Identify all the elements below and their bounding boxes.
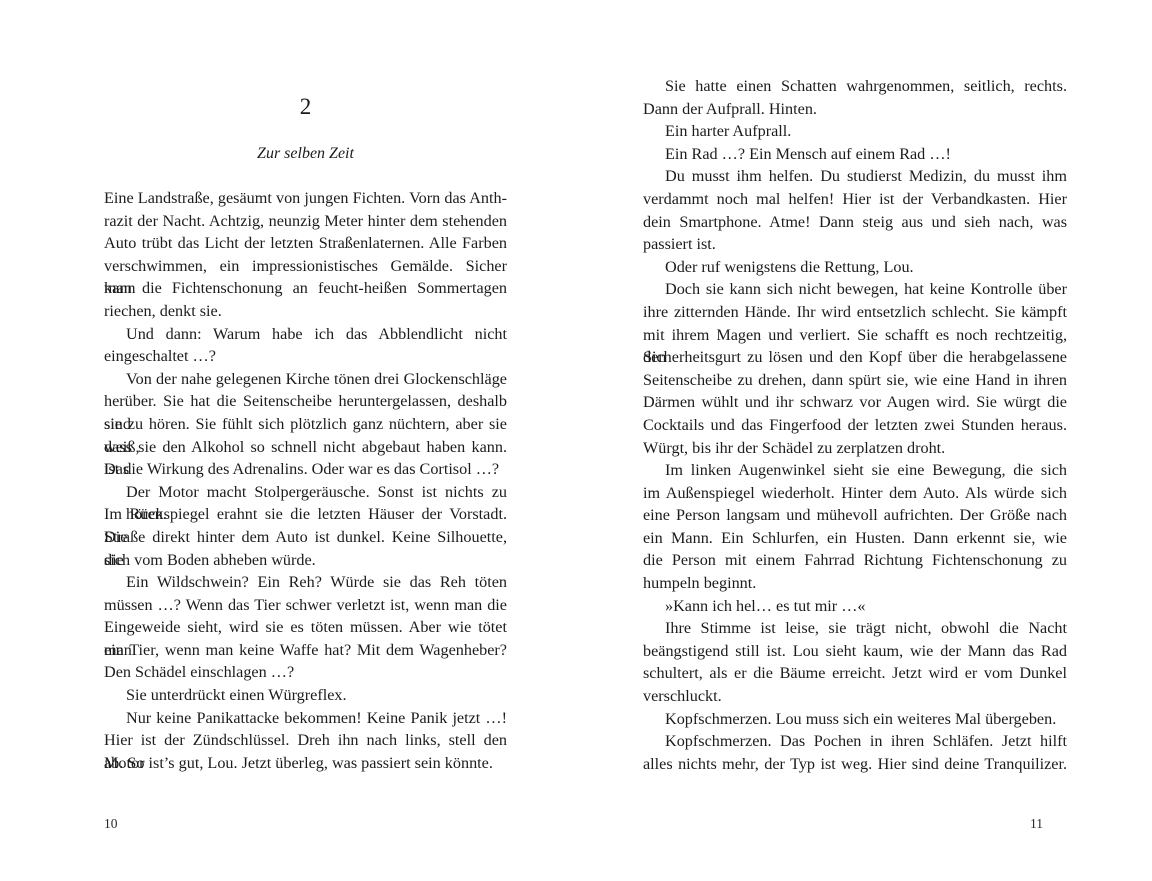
text-line: passiert ist. — [643, 233, 1067, 256]
text-line: beängstigend still ist. Lou sieht kaum, … — [643, 640, 1067, 663]
chapter-number: 2 — [104, 93, 507, 121]
text-line: Im linken Augenwinkel sieht sie eine Bew… — [643, 459, 1067, 482]
text-line: dein Smartphone. Atme! Dann steig aus un… — [643, 211, 1067, 234]
text-line: ab. So ist’s gut, Lou. Jetzt überleg, wa… — [104, 752, 507, 775]
text-line: Därmen wühlt und ihr schwarz vor Augen w… — [643, 391, 1067, 414]
text-line: Straße direkt hinter dem Auto ist dunkel… — [104, 526, 507, 549]
text-line: mit ihrem Magen und verliert. Sie schaff… — [643, 324, 1067, 347]
text-line: müssen …? Wenn das Tier schwer verletzt … — [104, 594, 507, 617]
text-line: man die Fichtenschonung an feucht-heißen… — [104, 277, 507, 300]
text-line: dass sie den Alkohol so schnell nicht ab… — [104, 436, 507, 459]
text-line: Im Rückspiegel erahnt sie die letzten Hä… — [104, 503, 507, 526]
text-line: Seitenscheibe zu drehen, dann spürt sie,… — [643, 369, 1067, 392]
text-line: Der Motor macht Stolpergeräusche. Sonst … — [104, 481, 507, 504]
left-page: 2 Zur selben Zeit Eine Landstraße, gesäu… — [0, 0, 576, 881]
text-line: Sie hatte einen Schatten wahrgenommen, s… — [643, 75, 1067, 98]
text-line: Auto trübt das Licht der letzten Straßen… — [104, 232, 507, 255]
text-line: »Kann ich hel… es tut mir …« — [643, 595, 1067, 618]
text-line: riechen, denkt sie. — [104, 300, 507, 323]
text-line: Dann der Aufprall. Hinten. — [643, 98, 1067, 121]
text-line: die Person mit einem Fahrrad Richtung Fi… — [643, 549, 1067, 572]
right-page-body-text: Sie hatte einen Schatten wahrgenommen, s… — [643, 75, 1067, 775]
text-line: Kopfschmerzen. Das Pochen in ihren Schlä… — [643, 730, 1067, 753]
text-line: schultert, als er die Bäume erreicht. Je… — [643, 662, 1067, 685]
text-line: herüber. Sie hat die Seitenscheibe herun… — [104, 390, 507, 413]
text-line: Cocktails und das Fingerfood der letzten… — [643, 414, 1067, 437]
text-line: eine Person langsam und mühevoll aufrich… — [643, 504, 1067, 527]
right-page: Sie hatte einen Schatten wahrgenommen, s… — [576, 0, 1152, 881]
text-line: sie zu hören. Sie fühlt sich plötzlich g… — [104, 413, 507, 436]
text-line: ein Mann. Ein Schlurfen, ein Husten. Dan… — [643, 527, 1067, 550]
text-line: Ein Rad …? Ein Mensch auf einem Rad …! — [643, 143, 1067, 166]
text-line: Ein Wildschwein? Ein Reh? Würde sie das … — [104, 571, 507, 594]
text-line: Kopfschmerzen. Lou muss sich ein weitere… — [643, 708, 1067, 731]
text-line: Nur keine Panikattacke bekommen! Keine P… — [104, 707, 507, 730]
text-line: Von der nahe gelegenen Kirche tönen drei… — [104, 368, 507, 391]
text-line: ist die Wirkung des Adrenalins. Oder war… — [104, 458, 507, 481]
page-number-left: 10 — [104, 815, 118, 833]
text-line: sich vom Boden abheben würde. — [104, 549, 507, 572]
text-line: ein Tier, wenn man keine Waffe hat? Mit … — [104, 639, 507, 662]
text-line: Würgt, bis ihr der Schädel zu zerplatzen… — [643, 437, 1067, 460]
text-line: verschwimmen, ein impressionistisches Ge… — [104, 255, 507, 278]
text-line: razit der Nacht. Achtzig, neunzig Meter … — [104, 210, 507, 233]
text-line: Du musst ihm helfen. Du studierst Medizi… — [643, 165, 1067, 188]
text-line: humpeln beginnt. — [643, 572, 1067, 595]
text-line: Ein harter Aufprall. — [643, 120, 1067, 143]
text-line: verdammt noch mal helfen! Hier ist der V… — [643, 188, 1067, 211]
text-line: Oder ruf wenigstens die Rettung, Lou. — [643, 256, 1067, 279]
text-line: Doch sie kann sich nicht bewegen, hat ke… — [643, 278, 1067, 301]
text-line: im Außenspiegel wiederholt. Hinter dem A… — [643, 482, 1067, 505]
text-line: ihre zitternden Hände. Ihr wird entsetzl… — [643, 301, 1067, 324]
page-number-right: 11 — [1030, 815, 1043, 833]
text-line: verschluckt. — [643, 685, 1067, 708]
text-line: eingeschaltet …? — [104, 345, 507, 368]
left-page-body-text: Eine Landstraße, gesäumt von jungen Fich… — [104, 187, 507, 774]
chapter-subtitle: Zur selben Zeit — [104, 143, 507, 165]
text-line: alles nichts mehr, der Typ ist weg. Hier… — [643, 753, 1067, 776]
text-line: Eingeweide sieht, wird sie es töten müss… — [104, 616, 507, 639]
text-line: Sie unterdrückt einen Würgreflex. — [104, 684, 507, 707]
text-line: Und dann: Warum habe ich das Abblendlich… — [104, 323, 507, 346]
text-line: Den Schädel einschlagen …? — [104, 661, 507, 684]
text-line: Sicherheitsgurt zu lösen und den Kopf üb… — [643, 346, 1067, 369]
text-line: Ihre Stimme ist leise, sie trägt nicht, … — [643, 617, 1067, 640]
text-line: Eine Landstraße, gesäumt von jungen Fich… — [104, 187, 507, 210]
text-line: Hier ist der Zündschlüssel. Dreh ihn nac… — [104, 729, 507, 752]
